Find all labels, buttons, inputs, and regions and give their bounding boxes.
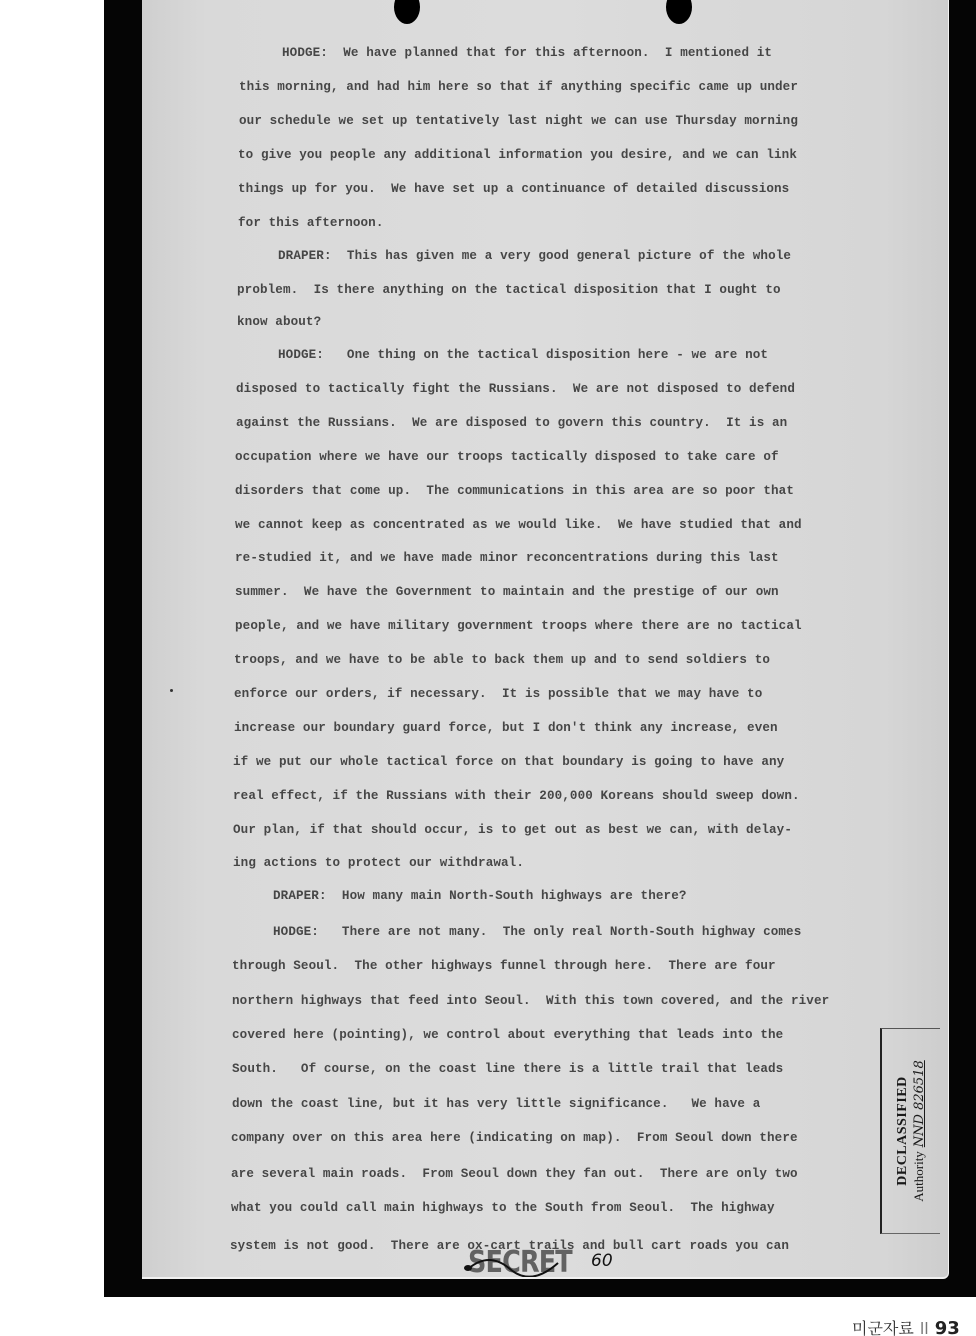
transcript-line: we cannot keep as concentrated as we wou… xyxy=(235,517,802,533)
transcript-line: HODGE: There are not many. The only real… xyxy=(273,924,801,940)
transcript-line: through Seoul. The other highways funnel… xyxy=(232,958,776,974)
transcript-line: South. Of course, on the coast line ther… xyxy=(232,1061,783,1077)
transcript-line: HODGE: We have planned that for this aft… xyxy=(282,45,772,61)
strikethrough-squiggle-icon xyxy=(462,1247,574,1277)
transcript-line: DRAPER: How many main North-South highwa… xyxy=(273,888,687,904)
transcript-line: increase our boundary guard force, but I… xyxy=(234,720,778,736)
transcript-line: Our plan, if that should occur, is to ge… xyxy=(233,822,792,838)
transcript-line: northern highways that feed into Seoul. … xyxy=(232,993,829,1009)
transcript-line: occupation where we have our troops tact… xyxy=(235,449,779,465)
book-series-title: 미군자료 xyxy=(852,1319,914,1336)
declassified-authority: AuthorityNND 826518 xyxy=(911,1060,927,1202)
transcript-line: HODGE: One thing on the tactical disposi… xyxy=(278,347,768,363)
transcript-line: company over on this area here (indicati… xyxy=(231,1130,798,1146)
authority-number: NND 826518 xyxy=(912,1060,927,1147)
declassified-stamp: DECLASSIFIED AuthorityNND 826518 xyxy=(880,1028,940,1234)
transcript-line: if we put our whole tactical force on th… xyxy=(233,754,784,770)
transcript-line: this morning, and had him here so that i… xyxy=(239,79,798,95)
secret-classification-stamp: SECRET xyxy=(462,1247,574,1277)
transcript-line: are several main roads. From Seoul down … xyxy=(231,1166,798,1182)
handwritten-page-number: 60 xyxy=(591,1251,613,1271)
transcript-line: to give you people any additional inform… xyxy=(238,147,797,163)
transcript-line: what you could call main highways to the… xyxy=(231,1200,775,1216)
transcript-line: know about? xyxy=(237,314,321,330)
transcript-line: ing actions to protect our withdrawal. xyxy=(233,855,524,871)
transcript-line: troops, and we have to be able to back t… xyxy=(234,652,770,668)
transcript-line: covered here (pointing), we control abou… xyxy=(232,1027,783,1043)
book-footer: 미군자료ll93 xyxy=(852,1316,960,1336)
transcript-line: enforce our orders, if necessary. It is … xyxy=(234,686,762,702)
transcript-line: DRAPER: This has given me a very good ge… xyxy=(278,248,791,264)
transcript-line: things up for you. We have set up a cont… xyxy=(238,181,789,197)
transcript-line: our schedule we set up tentatively last … xyxy=(239,113,798,129)
footer-separator: ll xyxy=(920,1319,929,1336)
transcript-line: people, and we have military government … xyxy=(235,618,802,634)
transcript-line: re-studied it, and we have made minor re… xyxy=(235,550,779,566)
transcript-line: real effect, if the Russians with their … xyxy=(233,788,800,804)
book-page-number: 93 xyxy=(935,1318,960,1336)
transcript-line: summer. We have the Government to mainta… xyxy=(235,584,779,600)
transcript-line: problem. Is there anything on the tactic… xyxy=(237,282,781,298)
transcript-line: down the coast line, but it has very lit… xyxy=(232,1096,760,1112)
transcript-line: for this afternoon. xyxy=(238,215,384,231)
transcript-line: against the Russians. We are disposed to… xyxy=(236,415,787,431)
transcript-line: disorders that come up. The communicatio… xyxy=(235,483,794,499)
stray-mark xyxy=(170,689,173,692)
document-page: HODGE: We have planned that for this aft… xyxy=(142,0,949,1279)
transcript-body: HODGE: We have planned that for this aft… xyxy=(142,0,948,1277)
declassified-title: DECLASSIFIED xyxy=(895,1060,911,1202)
transcript-line: disposed to tactically fight the Russian… xyxy=(236,381,795,397)
